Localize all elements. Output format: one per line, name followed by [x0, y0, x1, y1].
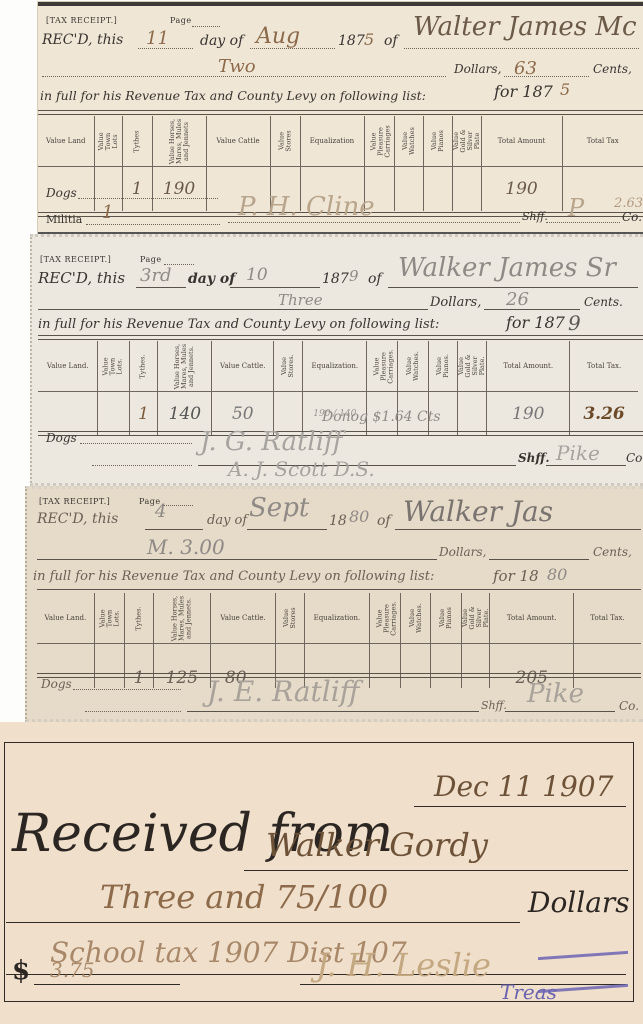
- page-label: Page: [140, 255, 162, 264]
- receipt-date: Dec 11 1907: [434, 770, 613, 803]
- county-name: P: [568, 194, 584, 222]
- col-value-cattle: Value Cattle: [206, 116, 270, 167]
- col-total-tax: Total Tax: [562, 116, 643, 167]
- cell-horses: 190: [152, 167, 206, 212]
- co-label: Co.: [622, 210, 642, 224]
- dollars-label: Dollars,: [439, 545, 486, 559]
- county-name: Pike: [527, 679, 584, 709]
- col-value-stores: Value Stores.: [281, 352, 295, 380]
- col-value-carriages: Value Pleasure Carriages: [370, 125, 391, 157]
- receipt-day: 11: [146, 28, 169, 49]
- school-tax-receipt-1907: Dec 11 1907 Received from Walker Gordy T…: [0, 722, 643, 1024]
- cell-tythes: 1: [125, 644, 154, 689]
- cell-pianos: [431, 644, 462, 689]
- cell-value-land: [38, 392, 98, 437]
- col-value-horses: Value Horses, Mares, Mules and Jennets.: [171, 590, 192, 646]
- col-value-horses: Value Horses, Mares, Mules and Jennets.: [174, 340, 195, 393]
- col-total-amount: Total Amount: [481, 116, 562, 167]
- cell-town-lots: [98, 392, 129, 437]
- receipt-month: Sept: [249, 493, 309, 523]
- col-total-amount: Total Amount.: [490, 593, 574, 644]
- dollars-written: Three: [278, 291, 323, 309]
- amount-numeric: 3.75: [50, 958, 95, 982]
- col-value-horses: Value Horses, Mares, Mules and Jennets: [169, 115, 190, 168]
- dogs-label: Dogs: [46, 431, 77, 445]
- col-value-plate: Value Gold & Silver Plate: [453, 127, 481, 155]
- dogs-label: Dogs: [46, 186, 77, 200]
- cell-total-tax: 3.26: [570, 392, 638, 437]
- col-value-pianos: Value Pianos.: [436, 352, 450, 380]
- year-prefix: 187: [322, 271, 349, 287]
- cell-tythes: 1: [122, 167, 152, 212]
- recd-label: REC'D, this: [42, 32, 123, 48]
- co-label: Co.: [619, 699, 639, 713]
- day-of-label: day of: [200, 33, 243, 49]
- col-value-carriages: Value Pleasure Carriages.: [377, 601, 398, 635]
- for-year-suffix: 80: [547, 565, 567, 584]
- tax-receipt-1879: [TAX RECEIPT.] Page REC'D, this 3rd day …: [30, 234, 643, 486]
- receipt-header-label: [TAX RECEIPT.]: [39, 497, 110, 506]
- of-label: of: [377, 513, 391, 529]
- col-tythes: Tythes.: [136, 606, 143, 630]
- table-header-row: Value Land. Value Town Lots. Tythes. Val…: [38, 341, 638, 392]
- year-suffix: 5: [364, 30, 374, 49]
- col-value-plate: Value Gold & Silver Plate.: [462, 604, 490, 632]
- dollar-sign-icon: $: [12, 956, 30, 986]
- receipt-month: Aug: [256, 24, 300, 49]
- receipt-month: 10: [246, 265, 268, 285]
- payer-name: Walker James Sr: [398, 253, 616, 283]
- co-label: Co: [626, 451, 642, 465]
- cents-value: 63: [514, 58, 537, 79]
- col-value-plate: Value Gold & Silver Plate.: [458, 352, 486, 380]
- page-label: Page: [170, 16, 192, 25]
- col-value-cattle: Value Cattle.: [212, 341, 274, 392]
- treasurer-signature: J. H. Leslie: [316, 946, 491, 984]
- cell-pianos: [423, 167, 452, 212]
- in-full-text: in full for his Revenue Tax and County L…: [33, 569, 434, 584]
- payer-name: Walker Jas: [403, 495, 553, 528]
- col-value-watches: Value Watches: [402, 127, 416, 155]
- year-suffix: 80: [349, 507, 369, 526]
- col-value-cattle: Value Cattle.: [210, 593, 275, 644]
- receipt-day: 3rd: [140, 265, 172, 286]
- col-value-land: Value Land: [38, 116, 94, 167]
- cents-label: Cents.: [584, 295, 623, 309]
- col-value-watches: Value Watches.: [406, 351, 420, 381]
- year-suffix: 9: [349, 267, 359, 285]
- for-year-suffix: 5: [560, 80, 570, 99]
- cents-label: Cents,: [593, 62, 632, 76]
- col-value-pianos: Value Pianos: [431, 127, 445, 155]
- table-header-row: Value Land. Value Town Lots. Tythes. Val…: [37, 593, 641, 644]
- cell-total-amount: 190: [487, 392, 570, 437]
- col-total-tax: Total Tax.: [570, 341, 638, 392]
- tax-receipt-1880: [TAX RECEIPT.] Page REC'D, this 4 day of…: [25, 486, 643, 722]
- for-year-label: for 18: [493, 567, 539, 585]
- equalization-annotation: Donog $1.64 Cts: [322, 409, 441, 425]
- receipt-header-label: [TAX RECEIPT.]: [40, 255, 111, 264]
- militia-value: 1: [102, 202, 113, 223]
- col-value-town-lots: Value Town Lots.: [103, 351, 124, 381]
- receipt-day: 4: [155, 501, 166, 522]
- col-equalization: Equalization.: [304, 593, 369, 644]
- militia-label: Militia: [46, 213, 82, 226]
- payer-name: Walter James Mc: [413, 12, 637, 42]
- shff-label: Shff.: [522, 210, 548, 223]
- cell-carriages: [370, 644, 401, 689]
- dollars-label: Dollars,: [430, 295, 481, 310]
- sheriff-signature: J. G. Ratliff: [200, 427, 342, 457]
- col-value-land: Value Land.: [37, 593, 94, 644]
- receipt-header-label: [TAX RECEIPT.]: [46, 16, 117, 25]
- col-value-stores: Value Stores: [278, 127, 292, 156]
- table-header-row: Value Land Value Town Lots Tythes Value …: [38, 116, 643, 167]
- col-value-town-lots: Value Town Lots.: [99, 603, 120, 633]
- cell-tythes: 1: [129, 392, 158, 437]
- treasurer-title: Treas: [500, 980, 557, 1004]
- dollars-written: M. 3.00: [147, 535, 225, 559]
- day-of-label: day of: [207, 513, 247, 528]
- cell-total-amount: 190: [481, 167, 562, 212]
- for-year-label: for 187: [506, 313, 565, 332]
- in-full-text: in full for his Revenue Tax and County L…: [38, 317, 439, 332]
- cell-plate: [452, 167, 481, 212]
- cell-town-lots: [94, 644, 125, 689]
- recd-label: REC'D, this: [37, 511, 118, 527]
- col-equalization: Equalization.: [303, 341, 367, 392]
- dogs-label: Dogs: [41, 677, 72, 691]
- shff-label: Shff.: [481, 699, 507, 712]
- sheriff-signature: P. H. Cline: [238, 192, 375, 222]
- tax-receipt-1875: [TAX RECEIPT.] Page REC'D, this 11 day o…: [38, 2, 643, 234]
- col-total-amount: Total Amount.: [487, 341, 570, 392]
- payer-name: Walker Gordy: [266, 826, 488, 864]
- cents-value: 26: [506, 289, 529, 310]
- day-of-label: day of: [188, 271, 235, 287]
- year-prefix: 187: [338, 33, 365, 49]
- cell-horses: 125: [153, 644, 210, 689]
- col-value-land: Value Land.: [38, 341, 98, 392]
- for-year-suffix: 9: [568, 311, 581, 335]
- cell-plate: [461, 644, 490, 689]
- col-tythes: Tythes.: [140, 354, 147, 378]
- cell-plate: [458, 392, 487, 437]
- dollars-label: Dollars: [528, 886, 630, 919]
- col-value-watches: Value Watches.: [409, 603, 423, 633]
- in-full-text: in full for his Revenue Tax and County L…: [40, 88, 426, 103]
- col-total-tax: Total Tax.: [574, 593, 641, 644]
- col-tythes: Tythes: [134, 131, 141, 153]
- of-label: of: [368, 271, 382, 287]
- shff-label: Shff.: [518, 451, 550, 465]
- dollars-written: Two: [218, 56, 256, 77]
- col-value-stores: Value Stores: [283, 604, 297, 632]
- col-equalization: Equalization: [300, 116, 364, 167]
- cell-watches: [400, 644, 431, 689]
- for-year-label: for 187: [494, 82, 553, 101]
- dollars-label: Dollars,: [454, 62, 501, 76]
- col-value-pianos: Value Pianos: [439, 603, 453, 633]
- county-name: Pike: [556, 441, 600, 465]
- col-value-town-lots: Value Town Lots: [98, 128, 119, 155]
- cell-watches: [394, 167, 423, 212]
- amount-written: Three and 75/100: [100, 878, 388, 916]
- of-label: of: [384, 33, 398, 49]
- deputy-signature: A. J. Scott D.S.: [228, 457, 375, 481]
- col-value-carriages: Value Pleasure Carriages.: [374, 349, 395, 383]
- recd-label: REC'D, this: [38, 269, 125, 287]
- sheriff-signature: J. E. Ratliff: [207, 675, 360, 708]
- cents-label: Cents,: [593, 545, 632, 559]
- year-prefix: 18: [329, 513, 347, 529]
